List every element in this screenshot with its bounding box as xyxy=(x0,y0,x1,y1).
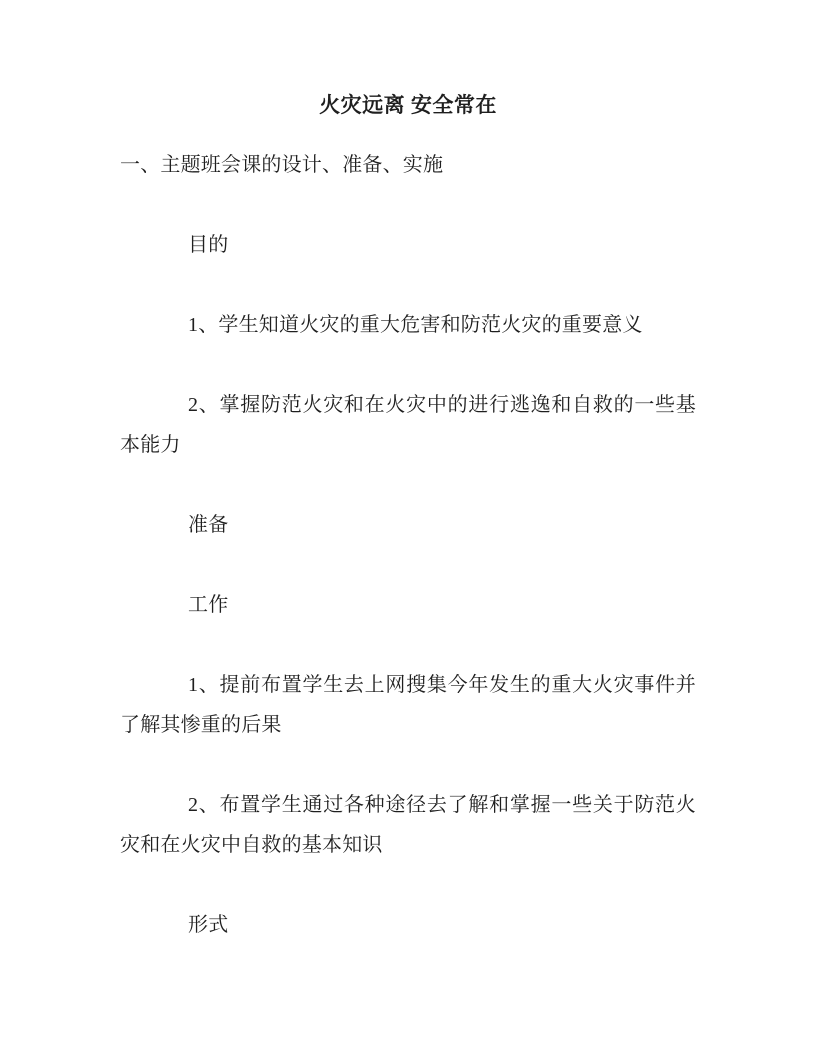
paragraph: 一、主题班会课的设计、准备、实施 xyxy=(120,145,696,185)
paragraph: 2、布置学生通过各种途径去了解和掌握一些关于防范火灾和在火灾中自救的基本知识 xyxy=(120,785,696,865)
paragraph: 1、学生知道火灾的重大危害和防范火灾的重要意义 xyxy=(120,305,696,345)
paragraph: 工作 xyxy=(120,585,696,625)
document-page: 火灾远离 安全常在 一、主题班会课的设计、准备、实施目的1、学生知道火灾的重大危… xyxy=(0,0,816,1056)
paragraph: 形式 xyxy=(120,905,696,945)
document-title: 火灾远离 安全常在 xyxy=(120,85,696,125)
paragraph: 目的 xyxy=(120,225,696,265)
paragraph: 2、掌握防范火灾和在火灾中的进行逃逸和自救的一些基本能力 xyxy=(120,385,696,465)
paragraph: 1、提前布置学生去上网搜集今年发生的重大火灾事件并了解其惨重的后果 xyxy=(120,665,696,745)
paragraph-list: 一、主题班会课的设计、准备、实施目的1、学生知道火灾的重大危害和防范火灾的重要意… xyxy=(120,145,696,945)
paragraph: 准备 xyxy=(120,505,696,545)
